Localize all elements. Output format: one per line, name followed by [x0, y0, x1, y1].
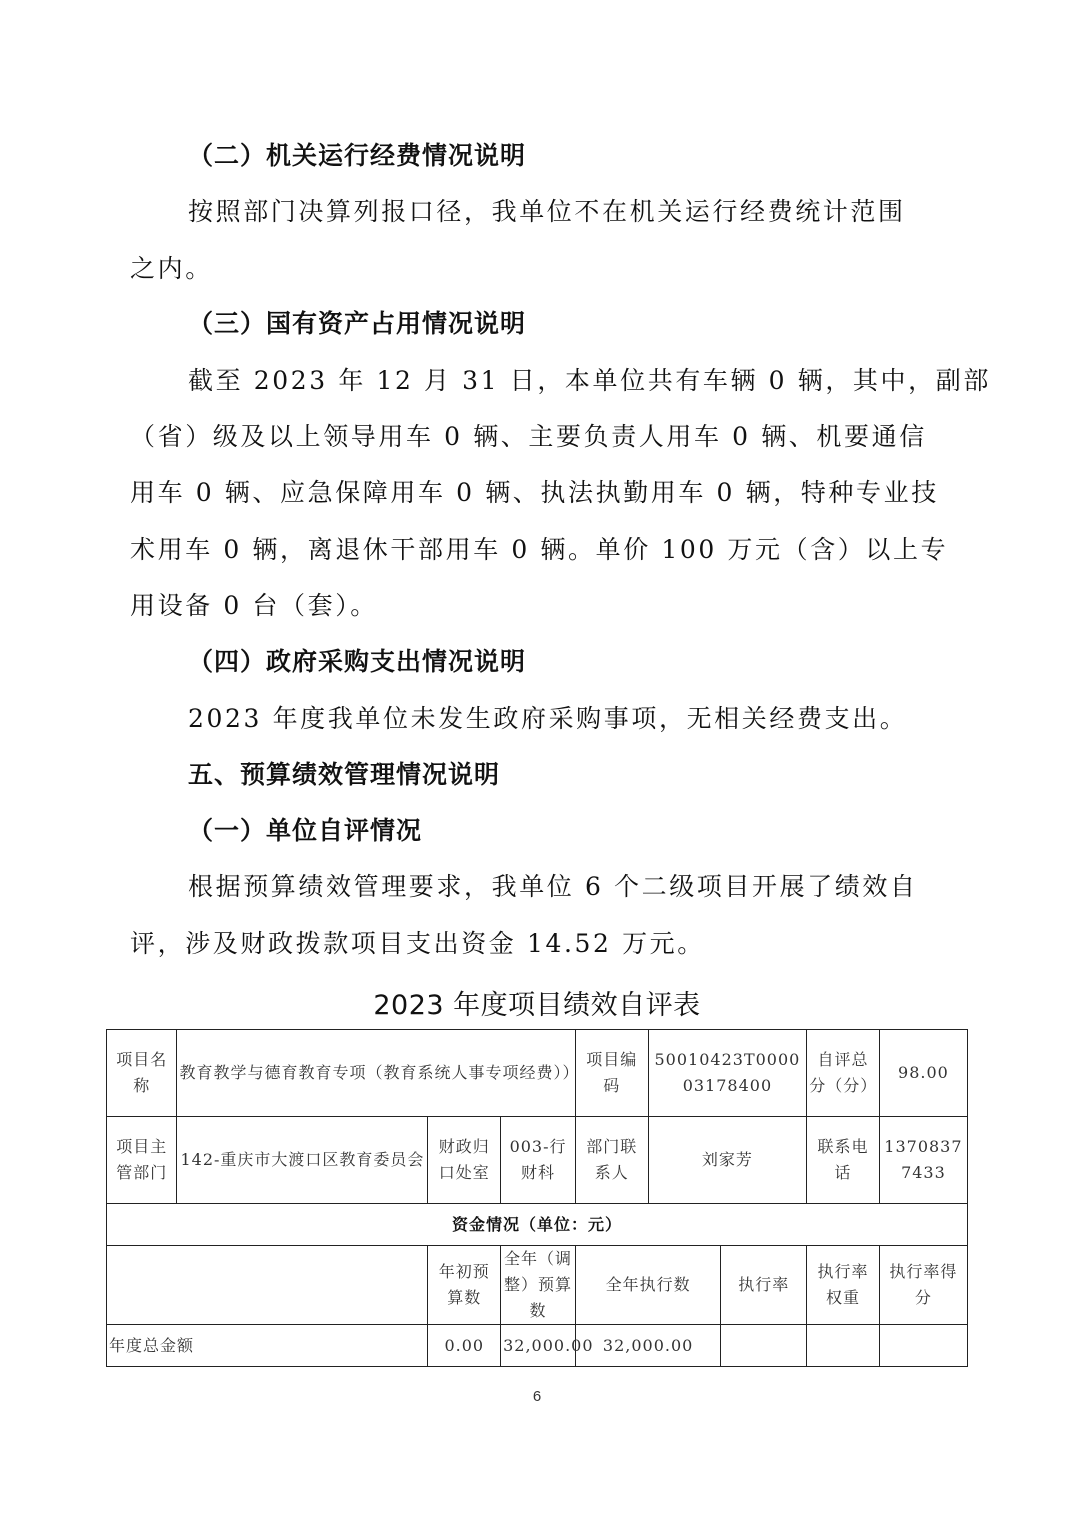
- project-code-label: 项目编码: [575, 1030, 648, 1117]
- funds-score: [879, 1325, 967, 1367]
- funds-col-adjusted: 全年（调整）预算数: [501, 1246, 576, 1325]
- score-value: 98.00: [879, 1030, 967, 1117]
- section-3-paragraph-line: 术用车 0 辆，离退休干部用车 0 辆。单价 100 万元（含）以上专: [130, 534, 950, 566]
- table-row: 资金情况（单位：元）: [107, 1204, 968, 1246]
- section-3-paragraph-line: 用车 0 辆、应急保障用车 0 辆、执法执勤用车 0 辆，特种专业技: [130, 477, 950, 509]
- funds-col-rate: 执行率: [721, 1246, 807, 1325]
- funds-header: 资金情况（单位：元）: [107, 1204, 968, 1246]
- section-5-1-heading: （一）单位自评情况: [188, 815, 1008, 847]
- funds-col-blank: [107, 1246, 428, 1325]
- phone-label: 联系电话: [807, 1117, 880, 1204]
- finance-office-label: 财政归口处室: [428, 1117, 501, 1204]
- funds-weight: [807, 1325, 880, 1367]
- table-row: 年度总金额 0.00 32,000.00 32,000.00: [107, 1325, 968, 1367]
- section-3-paragraph-line: 用设备 0 台（套）。: [130, 590, 950, 622]
- funds-col-executed: 全年执行数: [575, 1246, 720, 1325]
- dept-value: 142-重庆市大渡口区教育委员会: [177, 1117, 428, 1204]
- funds-row-label: 年度总金额: [107, 1325, 428, 1367]
- phone-value: 13708377433: [879, 1117, 967, 1204]
- funds-col-score: 执行率得分: [879, 1246, 967, 1325]
- funds-rate: [721, 1325, 807, 1367]
- dept-label: 项目主管部门: [107, 1117, 177, 1204]
- table-title: 2023 年度项目绩效自评表: [0, 983, 1074, 1022]
- funds-adjusted: 32,000.00: [501, 1325, 576, 1367]
- section-5-heading: 五、预算绩效管理情况说明: [188, 759, 1008, 791]
- table-row: 项目主管部门 142-重庆市大渡口区教育委员会 财政归口处室 003-行财科 部…: [107, 1117, 968, 1204]
- contact-value: 刘家芳: [648, 1117, 807, 1204]
- section-3-paragraph-line: 截至 2023 年 12 月 31 日，本单位共有车辆 0 辆，其中，副部: [188, 365, 1008, 397]
- section-2-paragraph-line: 之内。: [130, 253, 950, 285]
- section-5-1-paragraph-line: 评，涉及财政拨款项目支出资金 14.52 万元。: [130, 928, 950, 960]
- project-code-value: 50010423T000003178400: [648, 1030, 807, 1117]
- performance-table: 项目名称 教育教学与德育教育专项（教育系统人事专项经费）） 项目编码 50010…: [106, 1029, 968, 1367]
- project-name-label: 项目名称: [107, 1030, 177, 1117]
- section-3-heading: （三）国有资产占用情况说明: [188, 308, 1008, 340]
- funds-initial: 0.00: [428, 1325, 501, 1367]
- section-2-paragraph-line: 按照部门决算列报口径，我单位不在机关运行经费统计范围: [188, 196, 1008, 228]
- contact-label: 部门联系人: [575, 1117, 648, 1204]
- section-3-paragraph-line: （省）级及以上领导用车 0 辆、主要负责人用车 0 辆、机要通信: [130, 421, 950, 453]
- project-name-value: 教育教学与德育教育专项（教育系统人事专项经费））: [177, 1030, 576, 1117]
- funds-executed: 32,000.00: [575, 1325, 720, 1367]
- section-4-heading: （四）政府采购支出情况说明: [188, 646, 1008, 678]
- score-label: 自评总分（分）: [807, 1030, 880, 1117]
- section-5-1-paragraph-line: 根据预算绩效管理要求，我单位 6 个二级项目开展了绩效自: [188, 871, 1008, 903]
- section-4-paragraph: 2023 年度我单位未发生政府采购事项，无相关经费支出。: [188, 703, 1008, 735]
- funds-col-initial: 年初预算数: [428, 1246, 501, 1325]
- page-number: 6: [0, 1388, 1074, 1405]
- table-row: 项目名称 教育教学与德育教育专项（教育系统人事专项经费）） 项目编码 50010…: [107, 1030, 968, 1117]
- table-row: 年初预算数 全年（调整）预算数 全年执行数 执行率 执行率权重 执行率得分: [107, 1246, 968, 1325]
- finance-office-value: 003-行财科: [501, 1117, 576, 1204]
- funds-col-weight: 执行率权重: [807, 1246, 880, 1325]
- section-2-heading: （二）机关运行经费情况说明: [188, 140, 1008, 172]
